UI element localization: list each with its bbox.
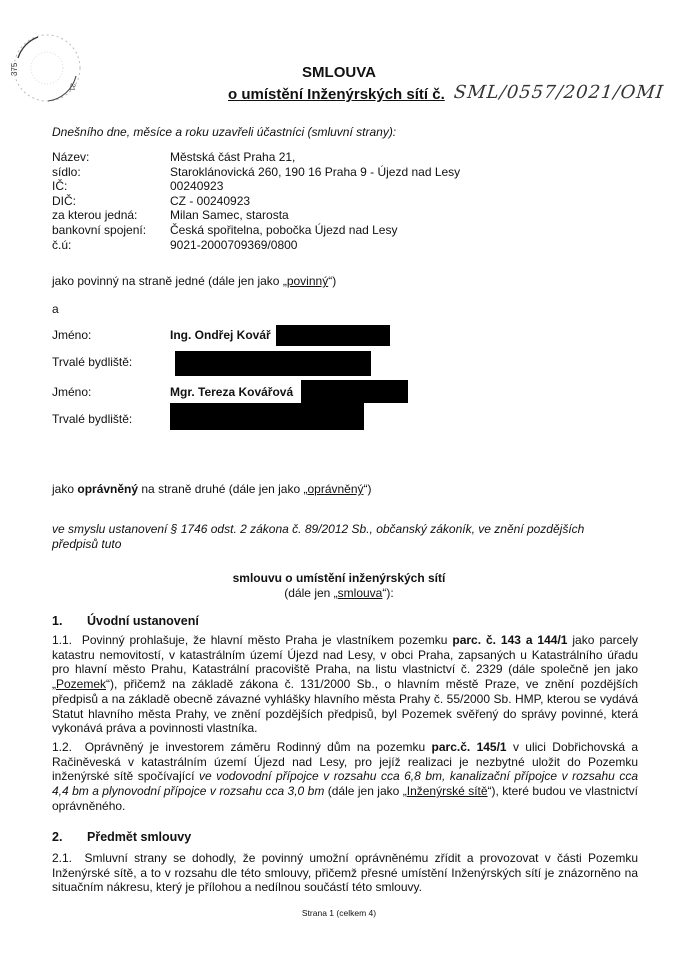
clause-2-1: 2.1. Smluvní strany se dohodly, že povin… (52, 851, 638, 895)
contract-alias: (dále jen „smlouva“): (0, 586, 678, 600)
party1-info: Název:Městská část Praha 21, sídlo:Staro… (52, 150, 460, 252)
conjunction: a (52, 302, 59, 316)
party1-row: IČ:00240923 (52, 179, 460, 194)
intro-text: Dnešního dne, měsíce a roku uzavřeli úča… (52, 125, 396, 139)
party1-row: Název:Městská část Praha 21, (52, 150, 460, 165)
clause-number: 1.1. (52, 633, 82, 647)
clause-1-2: 1.2. Oprávněný je investorem záměru Rodi… (52, 740, 638, 814)
document-subtitle: o umístění Inženýrských sítí č. (228, 86, 445, 103)
redaction-block (276, 325, 390, 346)
section-heading: 1.Úvodní ustanovení (52, 614, 199, 628)
party1-row: za kterou jedná:Milan Samec, starosta (52, 208, 460, 223)
section-heading: 2.Předmět smlouvy (52, 830, 191, 844)
document-title: SMLOUVA (0, 64, 678, 81)
page-footer: Strana 1 (celkem 4) (0, 908, 678, 918)
party1-row: sídlo:Staroklánovická 260, 190 16 Praha … (52, 165, 460, 180)
legal-basis: ve smyslu ustanovení § 1746 odst. 2 záko… (52, 522, 612, 551)
clause-1-1: 1.1. Povinný prohlašuje, že hlavní město… (52, 633, 638, 736)
party1-role: jako povinný na straně jedné (dále jen j… (52, 274, 336, 288)
document-page: 375 21 SMLOUVA o umístění Inženýrských s… (0, 0, 678, 960)
clause-number: 2.1. (52, 851, 85, 865)
clause-number: 1.2. (52, 740, 85, 754)
redaction-block (170, 403, 364, 430)
redaction-block (175, 351, 371, 376)
party1-row: č.ú:9021-2000709369/0800 (52, 238, 460, 253)
party1-row: bankovní spojení:Česká spořitelna, poboč… (52, 223, 460, 238)
svg-text:21: 21 (68, 83, 76, 92)
party1-row: DIČ:CZ - 00240923 (52, 194, 460, 209)
party2-role: jako oprávněný na straně druhé (dále jen… (52, 482, 372, 496)
contract-heading: smlouvu o umístění inženýrských sítí (0, 571, 678, 585)
handwritten-contract-number: SML/0557/2021/OMI (453, 82, 665, 103)
redaction-block (301, 380, 408, 403)
